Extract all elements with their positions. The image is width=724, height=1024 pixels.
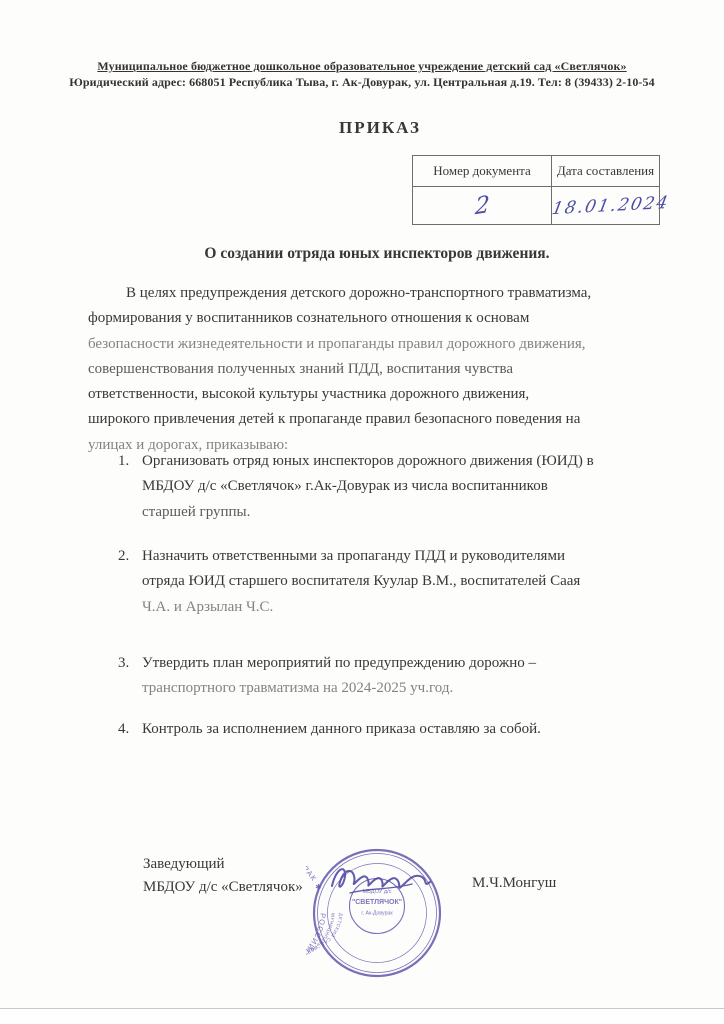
col-date-header: Дата составления: [552, 156, 660, 187]
doc-number-value: 2: [474, 191, 490, 220]
org-address: Юридический адрес: 668051 Республика Тыв…: [30, 74, 694, 90]
col-number-header: Номер документа: [413, 156, 552, 187]
item-line: Назначить ответственными за пропаганду П…: [142, 544, 580, 569]
signature-role-line: Заведующий: [143, 853, 303, 876]
item-line: транспортного травматизма на 2024-2025 у…: [142, 676, 536, 701]
stamp-center-line3: г. Ак-Довурак: [361, 911, 393, 917]
intro-line: совершенствования полученных знаний ПДД,…: [88, 357, 668, 382]
signature-role-line: МБДОУ д/с «Светлячок»: [143, 876, 303, 899]
document-header: Муниципальное бюджетное дошкольное образ…: [30, 58, 694, 90]
doc-title: ПРИКАЗ: [36, 118, 724, 138]
doc-meta-table: Номер документа Дата составления 2 18.01…: [412, 155, 660, 225]
order-item: 1. Организовать отряд юных инспекторов д…: [88, 449, 678, 525]
intro-line: ответственности, высокой культуры участн…: [88, 382, 668, 407]
item-number: 3.: [88, 651, 142, 702]
item-text: Организовать отряд юных инспекторов доро…: [142, 449, 594, 525]
org-name: Муниципальное бюджетное дошкольное образ…: [30, 58, 694, 74]
intro-line: безопасности жизнедеятельности и пропага…: [88, 332, 668, 357]
intro-line: В целях предупреждения детского дорожно-…: [88, 281, 668, 306]
order-item: 2. Назначить ответственными за пропаганд…: [88, 544, 678, 620]
item-number: 4.: [88, 717, 142, 742]
intro-line: формирования у воспитанников сознательно…: [88, 306, 668, 331]
item-line: Ч.А. и Арзылан Ч.С.: [142, 595, 580, 620]
intro-paragraph: В целях предупреждения детского дорожно-…: [88, 281, 668, 458]
scanned-document-page: Муниципальное бюджетное дошкольное образ…: [0, 0, 724, 1024]
item-text: Утвердить план мероприятий по предупрежд…: [142, 651, 536, 702]
signature-role: Заведующий МБДОУ д/с «Светлячок»: [143, 853, 303, 898]
item-line: старшей группы.: [142, 500, 594, 525]
item-number: 1.: [88, 449, 142, 525]
signature-scribble: [332, 869, 430, 893]
signature-name: М.Ч.Монгуш: [472, 875, 556, 892]
order-item: 3. Утвердить план мероприятий по предупр…: [88, 651, 678, 702]
item-line: Организовать отряд юных инспекторов доро…: [142, 449, 594, 474]
stamp-center-line2: "СВЕТЛЯЧОК": [352, 899, 402, 906]
subject-line: О создании отряда юных инспекторов движе…: [88, 245, 666, 263]
item-number: 2.: [88, 544, 142, 620]
doc-date-cell: 18.01.2024: [552, 187, 660, 225]
official-stamp: РОССИЙСКАЯ ФЕДЕРАЦИЯ ✱ РЕСПУБЛИКА ТЫВА ✱…: [306, 840, 452, 990]
item-line: МБДОУ д/с «Светлячок» г.Ак-Довурак из чи…: [142, 474, 594, 499]
intro-line: широкого привлечения детей к пропаганде …: [88, 407, 668, 432]
item-text: Назначить ответственными за пропаганду П…: [142, 544, 580, 620]
item-line: Утвердить план мероприятий по предупрежд…: [142, 651, 536, 676]
scan-background-strip: [0, 1009, 724, 1024]
item-text: Контроль за исполнением данного приказа …: [142, 717, 541, 742]
item-line: отряда ЮИД старшего воспитателя Куулар В…: [142, 569, 580, 594]
svg-text:РОССИЙСКАЯ ФЕДЕРАЦИЯ ✱ РЕСПУБЛ: РОССИЙСКАЯ ФЕДЕРАЦИЯ ✱ РЕСПУБЛИКА ТЫВА ✱…: [306, 847, 328, 974]
doc-number-cell: 2: [413, 187, 552, 225]
item-line: Контроль за исполнением данного приказа …: [142, 717, 541, 742]
order-item: 4. Контроль за исполнением данного прика…: [88, 717, 678, 742]
doc-date-value: 18.01.2024: [550, 192, 671, 218]
stamp-ring-outer-text: РОССИЙСКАЯ ФЕДЕРАЦИЯ ✱ РЕСПУБЛИКА ТЫВА ✱…: [306, 847, 328, 974]
